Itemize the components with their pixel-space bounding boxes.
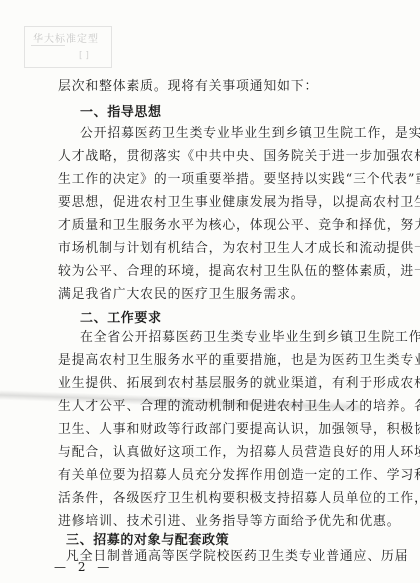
- section-heading-3: 三、招募的对象与配套政策: [66, 529, 229, 548]
- body-line: 与配合，认真做好这项工作，为招募人员营造良好的用人环境。: [58, 445, 420, 461]
- body-line: 要思想，促进农村卫生事业健康发展为指导，以提高农村卫生人: [58, 195, 420, 211]
- faded-stamp: 华大标准定型 [ ]: [24, 26, 112, 68]
- body-line: 较为公平、合理的环境，提高农村卫生队伍的整体素质，进一步: [58, 264, 420, 280]
- page-number: — 2 —: [54, 560, 113, 574]
- body-line: 才质量和卫生服务水平为核心，体现公平、竞争和择优，努力把: [58, 218, 420, 234]
- body-line: 满足我省广大农民的医疗卫生服务需求。: [58, 287, 305, 303]
- body-line: 有关单位要为招募人员充分发挥作用创造一定的工作、学习和生: [58, 468, 420, 484]
- body-line: 凡全日制普通高等医学院校医药卫生类专业普通应、历届: [66, 549, 408, 565]
- stamp-text: 华大标准定型: [33, 30, 99, 45]
- section-heading-2: 二、工作要求: [80, 307, 162, 326]
- body-line: 卫生、人事和财政等行政部门要提高认识，加强领导，积极协调: [58, 422, 420, 438]
- body-line: 生人才公平、合理的流动机制和促进农村卫生人才的培养。各级: [58, 399, 420, 415]
- body-line: 人才战略，贯彻落实《中共中央、国务院关于进一步加强农村卫: [58, 149, 420, 165]
- body-line: 业生提供、拓展到农村基层服务的就业渠道，有利于形成农村卫: [58, 376, 420, 392]
- stamp-divider: [31, 45, 65, 46]
- stamp-mark: [ ]: [79, 51, 89, 61]
- body-line: 是提高农村卫生服务水平的重要措施，也是为医药卫生类专业毕: [58, 353, 420, 369]
- body-line: 市场机制与计划有机结合，为农村卫生人才成长和流动提供一个: [58, 241, 420, 257]
- body-line: 在全省公开招募医药卫生类专业毕业生到乡镇卫生院工作，: [80, 330, 420, 346]
- section-heading-1: 一、指导思想: [80, 101, 162, 120]
- document-page: 华大标准定型 [ ] 层次和整体素质。现将有关事项通知如下： 一、指导思想 公开…: [0, 0, 420, 583]
- body-line: 生工作的决定》的一项重要举措。要坚持以实践“三个代表”重: [58, 172, 420, 188]
- intro-line: 层次和整体素质。现将有关事项通知如下：: [58, 79, 318, 95]
- body-line: 进修培训、技术引进、业务指导等方面给予优先和优惠。: [58, 514, 400, 530]
- body-line: 公开招募医药卫生类专业毕业生到乡镇卫生院工作，是实施: [80, 126, 420, 142]
- body-line: 活条件，各级医疗卫生机构要积极支持招募人员单位的工作，在: [58, 491, 420, 507]
